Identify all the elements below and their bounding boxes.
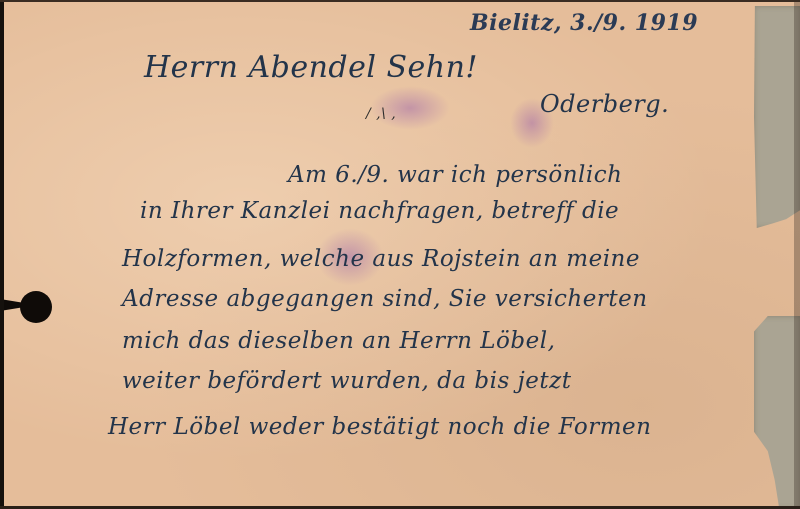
- body-line: Adresse abgegangen sind, Sie versicherte…: [122, 286, 648, 312]
- salutation: Herrn Abendel Sehn!: [144, 50, 478, 85]
- body-line: Herr Löbel weder bestätigt noch die Form…: [108, 414, 651, 440]
- punch-hole: [20, 291, 52, 323]
- place-date: Bielitz, 3./9. 1919: [470, 10, 698, 36]
- scan-edge-left: [0, 0, 4, 509]
- body-line: Holzformen, welche aus Rojstein an meine: [122, 246, 640, 272]
- body-line: weiter befördert wurden, da bis jetzt: [122, 368, 571, 394]
- destination-place: Oderberg.: [540, 90, 669, 118]
- scan-edge-top: [0, 0, 800, 2]
- body-line: mich das dieselben an Herrn Löbel,: [122, 328, 555, 354]
- ink-mark: / ,\ ,: [366, 106, 396, 122]
- body-line: Am 6./9. war ich persönlich: [288, 162, 622, 188]
- body-line: in Ihrer Kanzlei nachfragen, betreff die: [140, 198, 619, 224]
- postcard: Bielitz, 3./9. 1919 Herrn Abendel Sehn! …: [4, 2, 800, 506]
- right-edge-shadow: [794, 0, 800, 509]
